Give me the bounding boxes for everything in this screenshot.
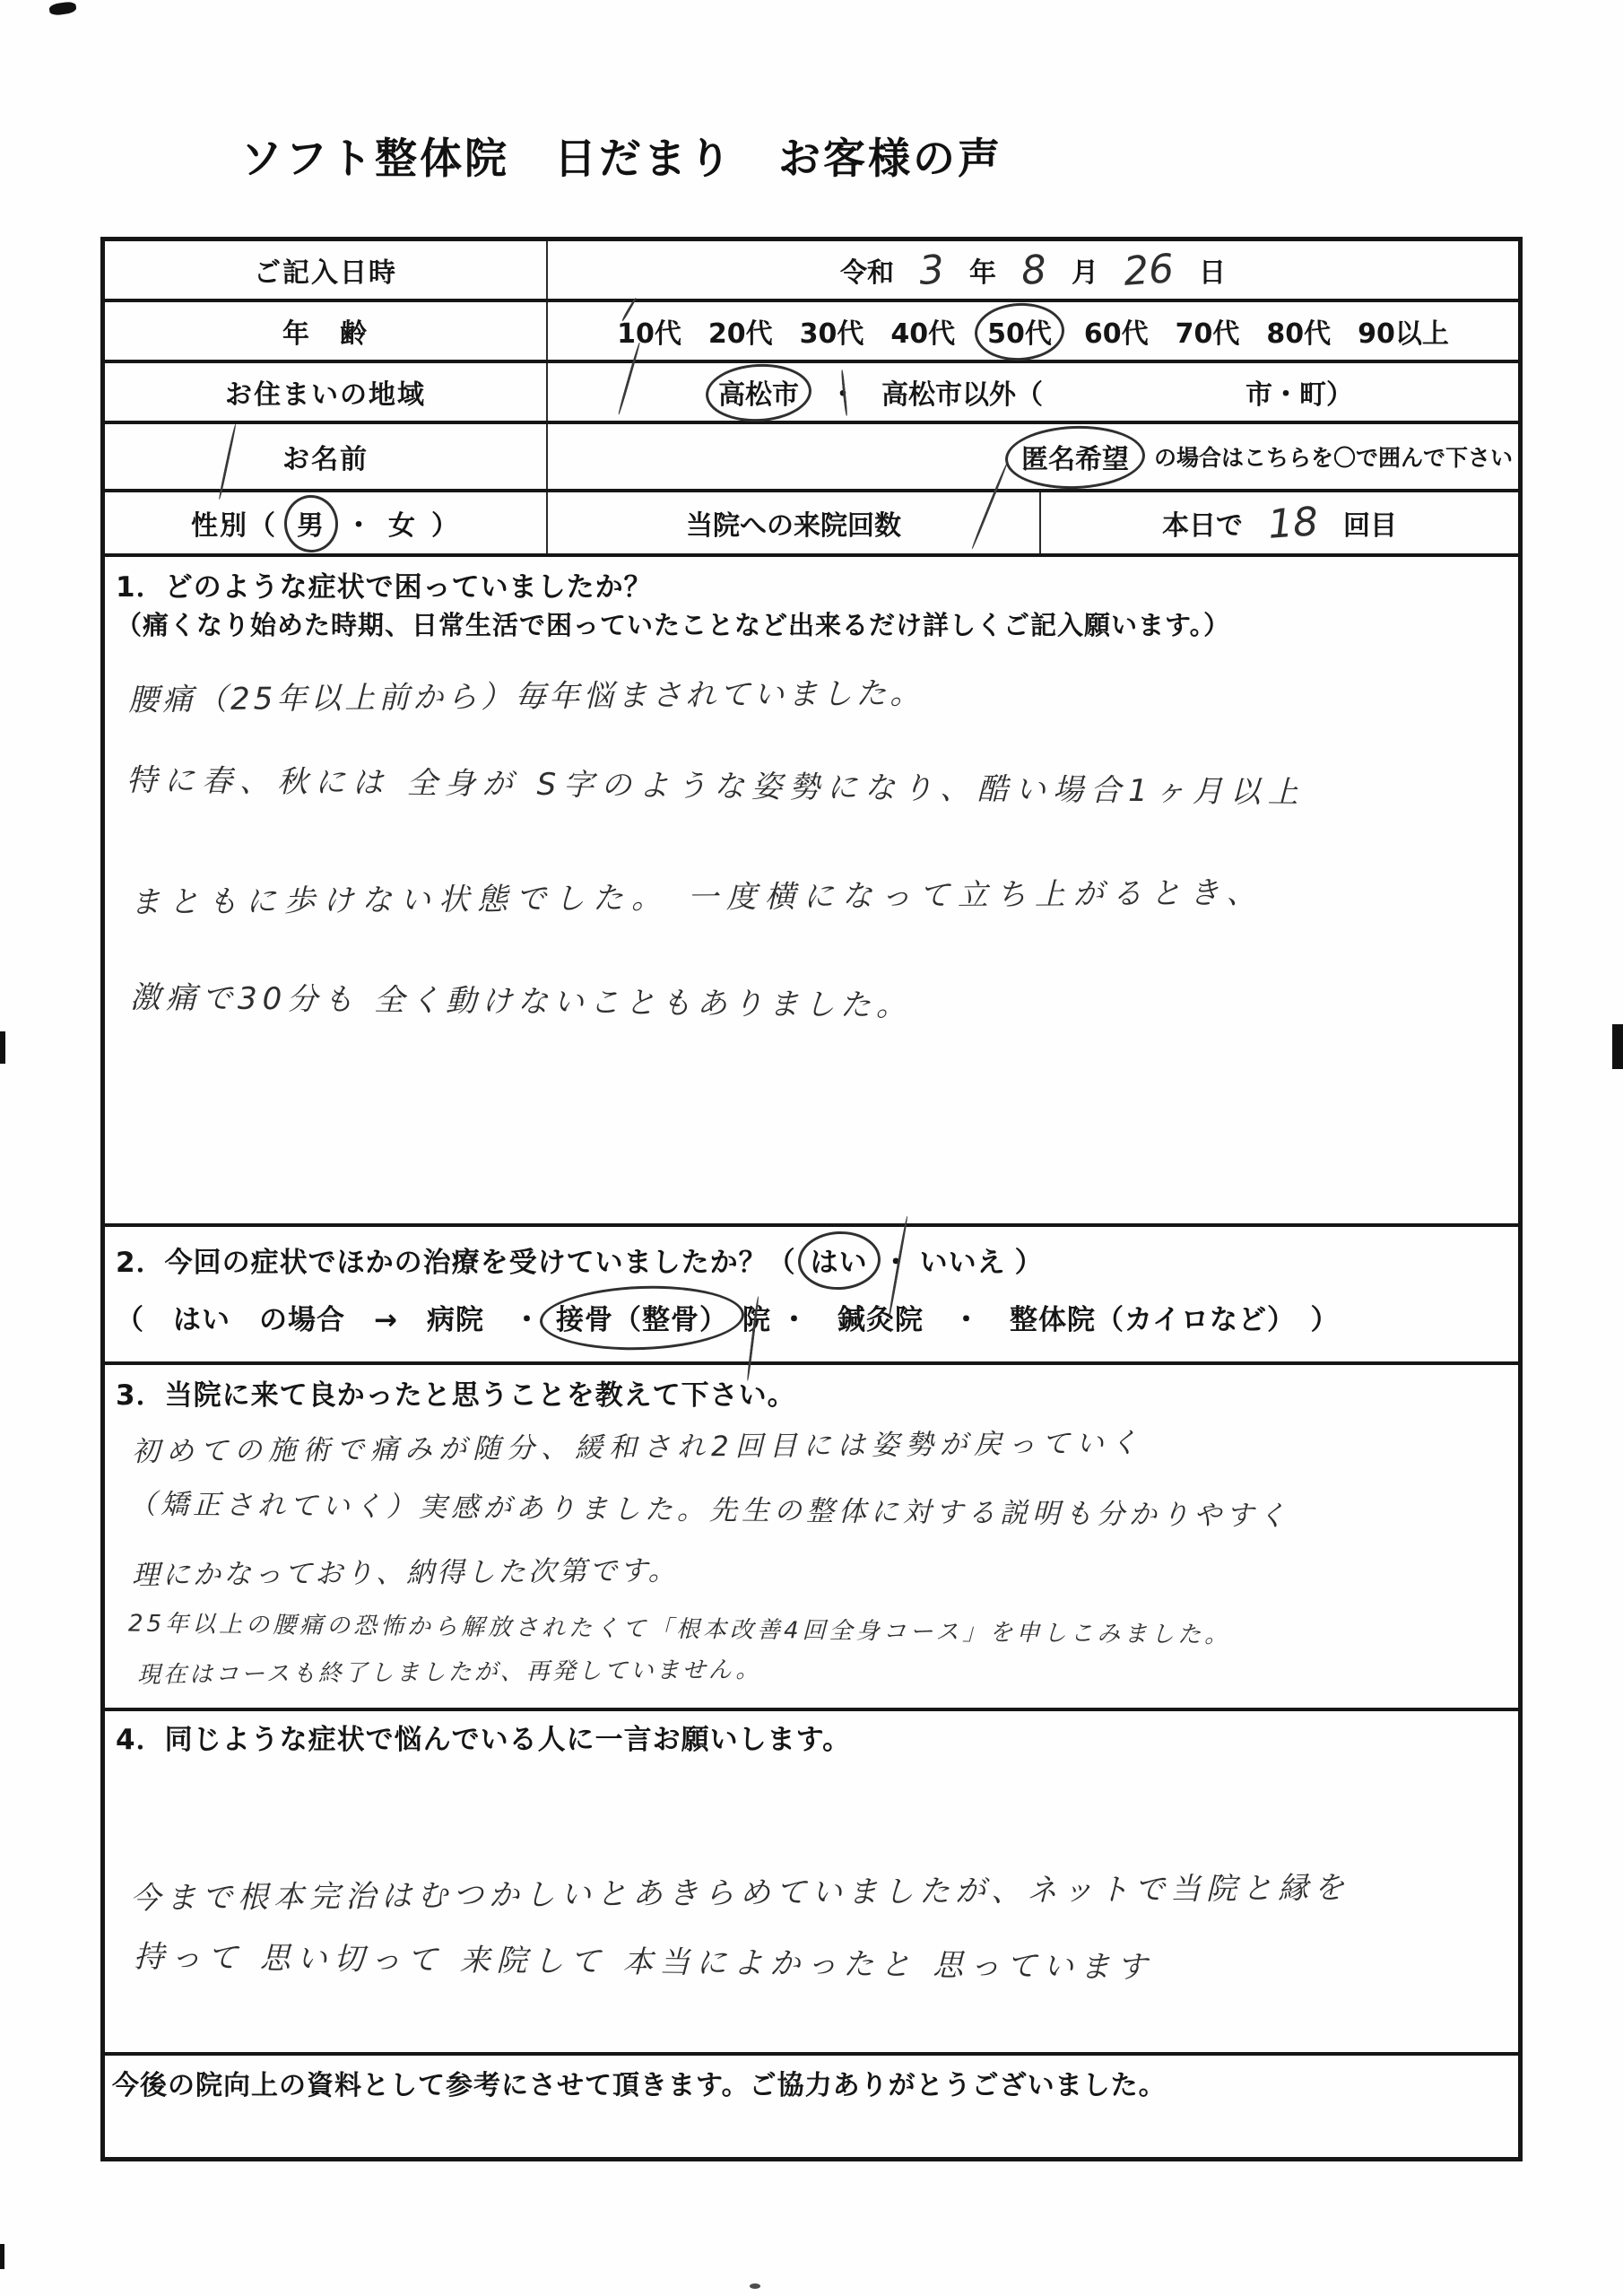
scan-artifact: [0, 2244, 4, 2269]
section-2-close-paren: ）: [1015, 1239, 1044, 1280]
section-1-subtitle: （痛くなり始めた時期、日常生活で困っていたことなど出来るだけ詳しくご記入願います…: [116, 605, 1230, 642]
area-row: お住まいの地域 高松市 ・ 高松市以外（ 市・町）: [105, 363, 1518, 424]
gender-visits-row: 性別（ 男 ・ 女 ） 当院への来院回数 本日で 18 回目: [105, 492, 1518, 557]
section-1-answer-line-4: 激痛で30分も 全く動けないこともありました。: [130, 972, 913, 1024]
age-option-70s: 70代: [1176, 311, 1240, 351]
section-2-question: 2．今回の症状でほかの治療を受けていましたか？（: [116, 1239, 796, 1280]
gender-prefix: 性別（: [191, 503, 277, 543]
name-label: お名前: [105, 424, 548, 489]
visits-count-cell: 本日で 18 回目: [1041, 492, 1518, 553]
age-option-20s: 20代: [708, 311, 773, 351]
age-option-40s: 40代: [890, 311, 955, 351]
gender-male-circled: 男: [291, 503, 331, 543]
area-other-prefix: 高松市以外（: [881, 372, 1043, 412]
page-title: ソフト整体院 日だまり お客様の声: [240, 126, 1002, 186]
section-4-answer-line-1: 今まで根本完治はむつかしいとあきらめていましたが、ネットで当院と縁を: [130, 1863, 1350, 1918]
visits-label-cell: 当院への来院回数: [548, 492, 1041, 553]
section-3-answer-line-5: 現在はコースも終了しましたが、再発していません。: [137, 1651, 762, 1690]
date-value: 令和 3 年 8 月 26 日: [548, 241, 1518, 299]
scan-artifact: [1612, 1024, 1623, 1069]
age-option-50s-circled: 50代: [982, 311, 1057, 351]
anonymous-note: の場合はこちらを〇で囲んで下さい: [1154, 440, 1513, 473]
visits-prefix: 本日で: [1162, 503, 1243, 543]
section-4-message: 4．同じような症状で悩んでいる人に一言お願いします。 今まで根本完治はむつかしい…: [105, 1711, 1518, 2056]
month-unit: 月: [1072, 250, 1098, 290]
year-handwritten: 3: [917, 247, 945, 294]
option-yes-circled: はい: [805, 1239, 873, 1280]
age-label: 年 齢: [105, 302, 548, 360]
section-2-detail-suffix: ・ 鍼灸院 ・ 整体院（カイロなど） ）: [780, 1297, 1340, 1337]
year-unit: 年: [969, 250, 996, 290]
gender-separator: ・: [345, 503, 374, 543]
section-3-answer-line-3: 理にかなっており、納得した次第です。: [132, 1547, 679, 1592]
scan-artifact: [0, 1031, 5, 1064]
visits-suffix: 回目: [1343, 503, 1397, 543]
age-option-80s: 80代: [1266, 311, 1331, 351]
date-label: ご記入日時: [105, 241, 548, 299]
section-3-answer-line-2: （矯正されていく）実感がありました。先生の整体に対する説明も分かりやすく: [128, 1481, 1290, 1534]
section-2-question-line: 2．今回の症状でほかの治療を受けていましたか？（ はい ・ いいえ ）: [116, 1239, 1053, 1280]
section-1-title: 1．どのような症状で困っていましたか？: [116, 564, 653, 604]
gender-female: 女: [388, 503, 417, 543]
section-3-answer-line-1: 初めての施術で痛みが随分、緩和され2回目には姿勢が戻っていく: [132, 1420, 1144, 1469]
section-2-other-treatment: 2．今回の症状でほかの治療を受けていましたか？（ はい ・ いいえ ） （ はい…: [105, 1227, 1518, 1365]
age-row: 年 齢 10代 20代 30代 40代 50代 60代 70代 80代 90以上: [105, 302, 1518, 363]
date-row: ご記入日時 令和 3 年 8 月 26 日: [105, 241, 1518, 302]
area-value: 高松市 ・ 高松市以外（ 市・町）: [548, 363, 1518, 421]
day-unit: 日: [1199, 250, 1226, 290]
form-table: ご記入日時 令和 3 年 8 月 26 日 年 齢 10代 20代 30代 40…: [100, 237, 1523, 2161]
area-label: お住まいの地域: [105, 363, 548, 421]
age-options: 10代 20代 30代 40代 50代 60代 70代 80代 90以上: [548, 302, 1518, 360]
section-3-answer-line-4: 25年以上の腰痛の恐怖から解放されたくて「根本改善4回全身コース」を申しこみまし…: [128, 1605, 1232, 1650]
option-sekkotsu-circled: 接骨（整骨）: [551, 1297, 733, 1337]
visits-count-handwritten: 18: [1266, 499, 1319, 548]
footer-thanks-text: 今後の院向上の資料として参考にさせて頂きます。ご協力ありがとうございました。: [112, 2063, 1167, 2102]
footer-row: 今後の院向上の資料として参考にさせて頂きます。ご協力ありがとうございました。: [105, 2056, 1518, 2157]
section-1-answer-line-3: まともに歩けない状態でした。 一度横になって立ち上がるとき、: [130, 867, 1265, 921]
section-1-symptoms: 1．どのような症状で困っていましたか？ （痛くなり始めた時期、日常生活で困ってい…: [105, 557, 1518, 1227]
visits-label: 当院への来院回数: [686, 503, 901, 543]
anonymous-option-circled: 匿名希望: [1016, 437, 1134, 476]
area-city-circled: 高松市: [713, 372, 804, 412]
section-2-detail-line: （ はい の場合 → 病院 ・ 接骨（整骨） 院 ・ 鍼灸院 ・ 整体院（カイロ…: [116, 1297, 1349, 1337]
age-option-10s: 10代: [617, 311, 681, 351]
section-1-answer-line-2: 特に春、秋には 全身が S字のような姿勢になり、酷い場合1ヶ月以上: [126, 755, 1306, 812]
era-label: 令和: [840, 250, 894, 290]
month-handwritten: 8: [1020, 247, 1047, 294]
age-option-30s: 30代: [800, 311, 864, 351]
age-option-60s: 60代: [1084, 311, 1149, 351]
section-3-good-points: 3．当院に来て良かったと思うことを教えて下さい。 初めての施術で痛みが随分、緩和…: [105, 1365, 1518, 1711]
section-4-answer-line-2: 持って 思い切って 来院して 本当によかったと 思っています: [134, 1932, 1154, 1987]
section-1-answer-line-1: 腰痛（25年以上前から）毎年悩まされていました。: [128, 668, 924, 719]
name-value: 匿名希望 の場合はこちらを〇で囲んで下さい: [548, 424, 1518, 489]
gender-suffix: ）: [431, 503, 460, 543]
name-row: お名前 匿名希望 の場合はこちらを〇で囲んで下さい: [105, 424, 1518, 492]
scanned-feedback-form: ソフト整体院 日だまり お客様の声 ご記入日時 令和 3 年 8 月 26 日 …: [0, 0, 1623, 2296]
option-no: いいえ: [920, 1239, 1006, 1280]
scan-artifact: [750, 2283, 760, 2289]
gender-cell: 性別（ 男 ・ 女 ）: [105, 492, 548, 553]
age-option-90plus: 90以上: [1358, 311, 1449, 351]
section-3-title: 3．当院に来て良かったと思うことを教えて下さい。: [116, 1372, 796, 1413]
area-other-suffix: 市・町）: [1245, 372, 1353, 412]
scan-artifact: [48, 1, 77, 16]
section-2-detail-prefix: （ はい の場合 → 病院 ・: [116, 1297, 542, 1337]
day-handwritten: 26: [1122, 246, 1175, 295]
section-4-title: 4．同じような症状で悩んでいる人に一言お願いします。: [116, 1717, 851, 1757]
